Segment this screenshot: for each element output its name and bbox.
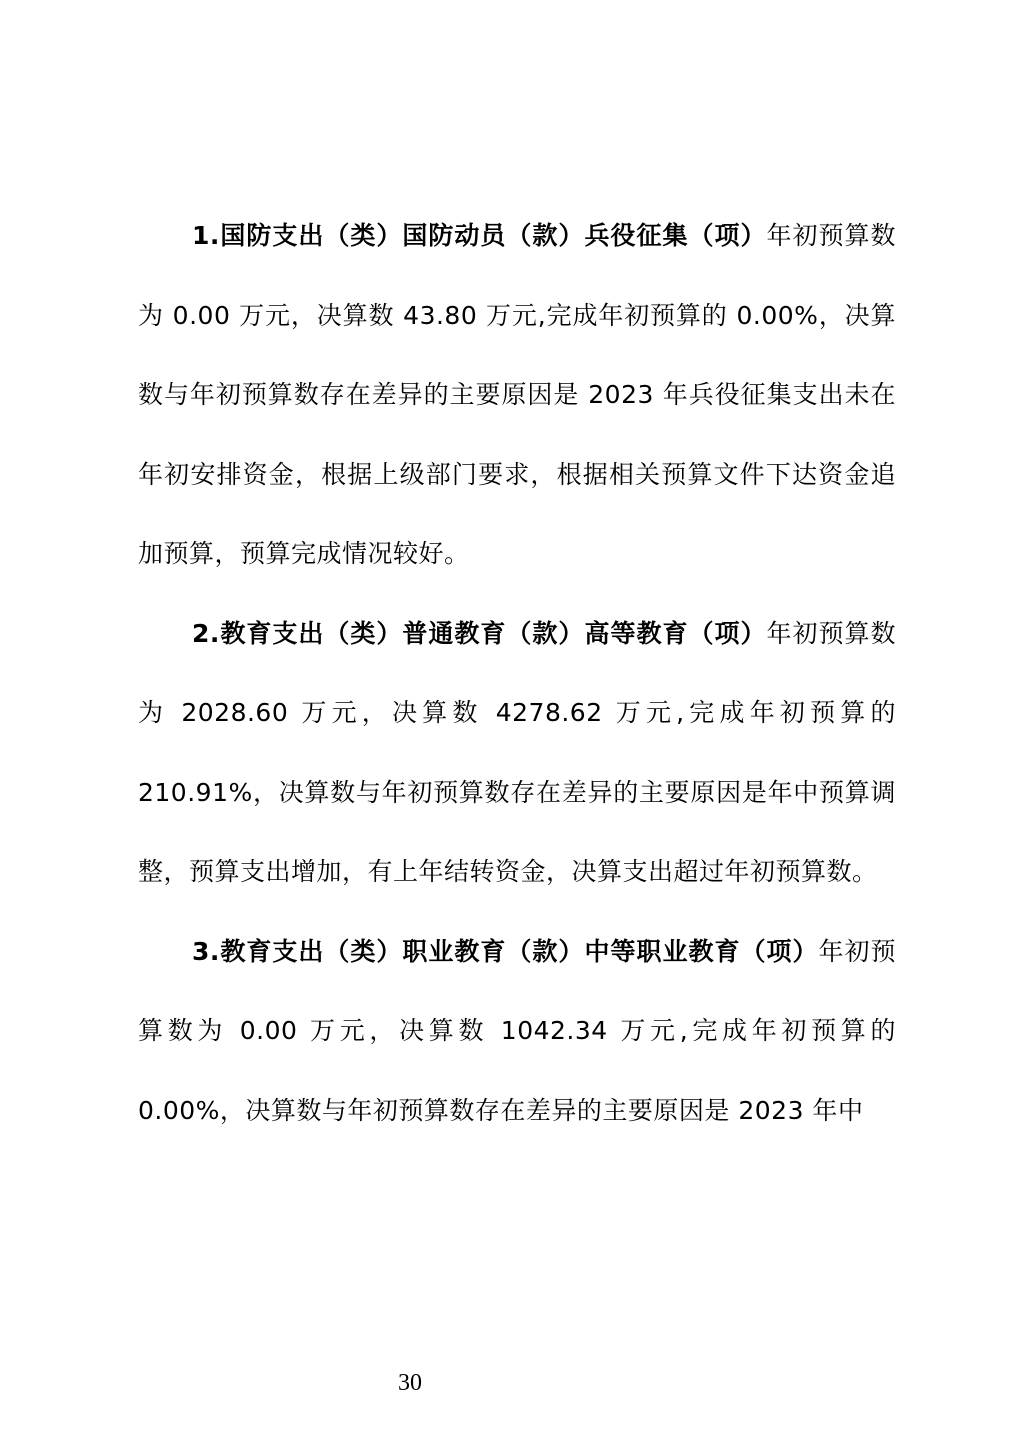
page-number: 30 [0,1370,820,1397]
paragraph-2: 2.教育支出（类）普通教育（款）高等教育（项）年初预算数为 2028.60 万元… [138,594,896,912]
paragraph-1: 1.国防支出（类）国防动员（款）兵役征集（项）年初预算数为 0.00 万元，决算… [138,196,896,594]
document-body: 1.国防支出（类）国防动员（款）兵役征集（项）年初预算数为 0.00 万元，决算… [138,196,896,1150]
paragraph-heading: 1.国防支出（类）国防动员（款）兵役征集（项） [192,221,766,250]
paragraph-heading: 3.教育支出（类）职业教育（款）中等职业教育（项） [192,937,818,966]
paragraph-text: 年初预算数为 2028.60 万元，决算数 4278.62 万元,完成年初预算的… [138,619,896,887]
paragraph-3: 3.教育支出（类）职业教育（款）中等职业教育（项）年初预算数为 0.00 万元，… [138,912,896,1151]
paragraph-heading: 2.教育支出（类）普通教育（款）高等教育（项） [192,619,766,648]
paragraph-text: 年初预算数为 0.00 万元，决算数 43.80 万元,完成年初预算的 0.00… [138,221,896,568]
